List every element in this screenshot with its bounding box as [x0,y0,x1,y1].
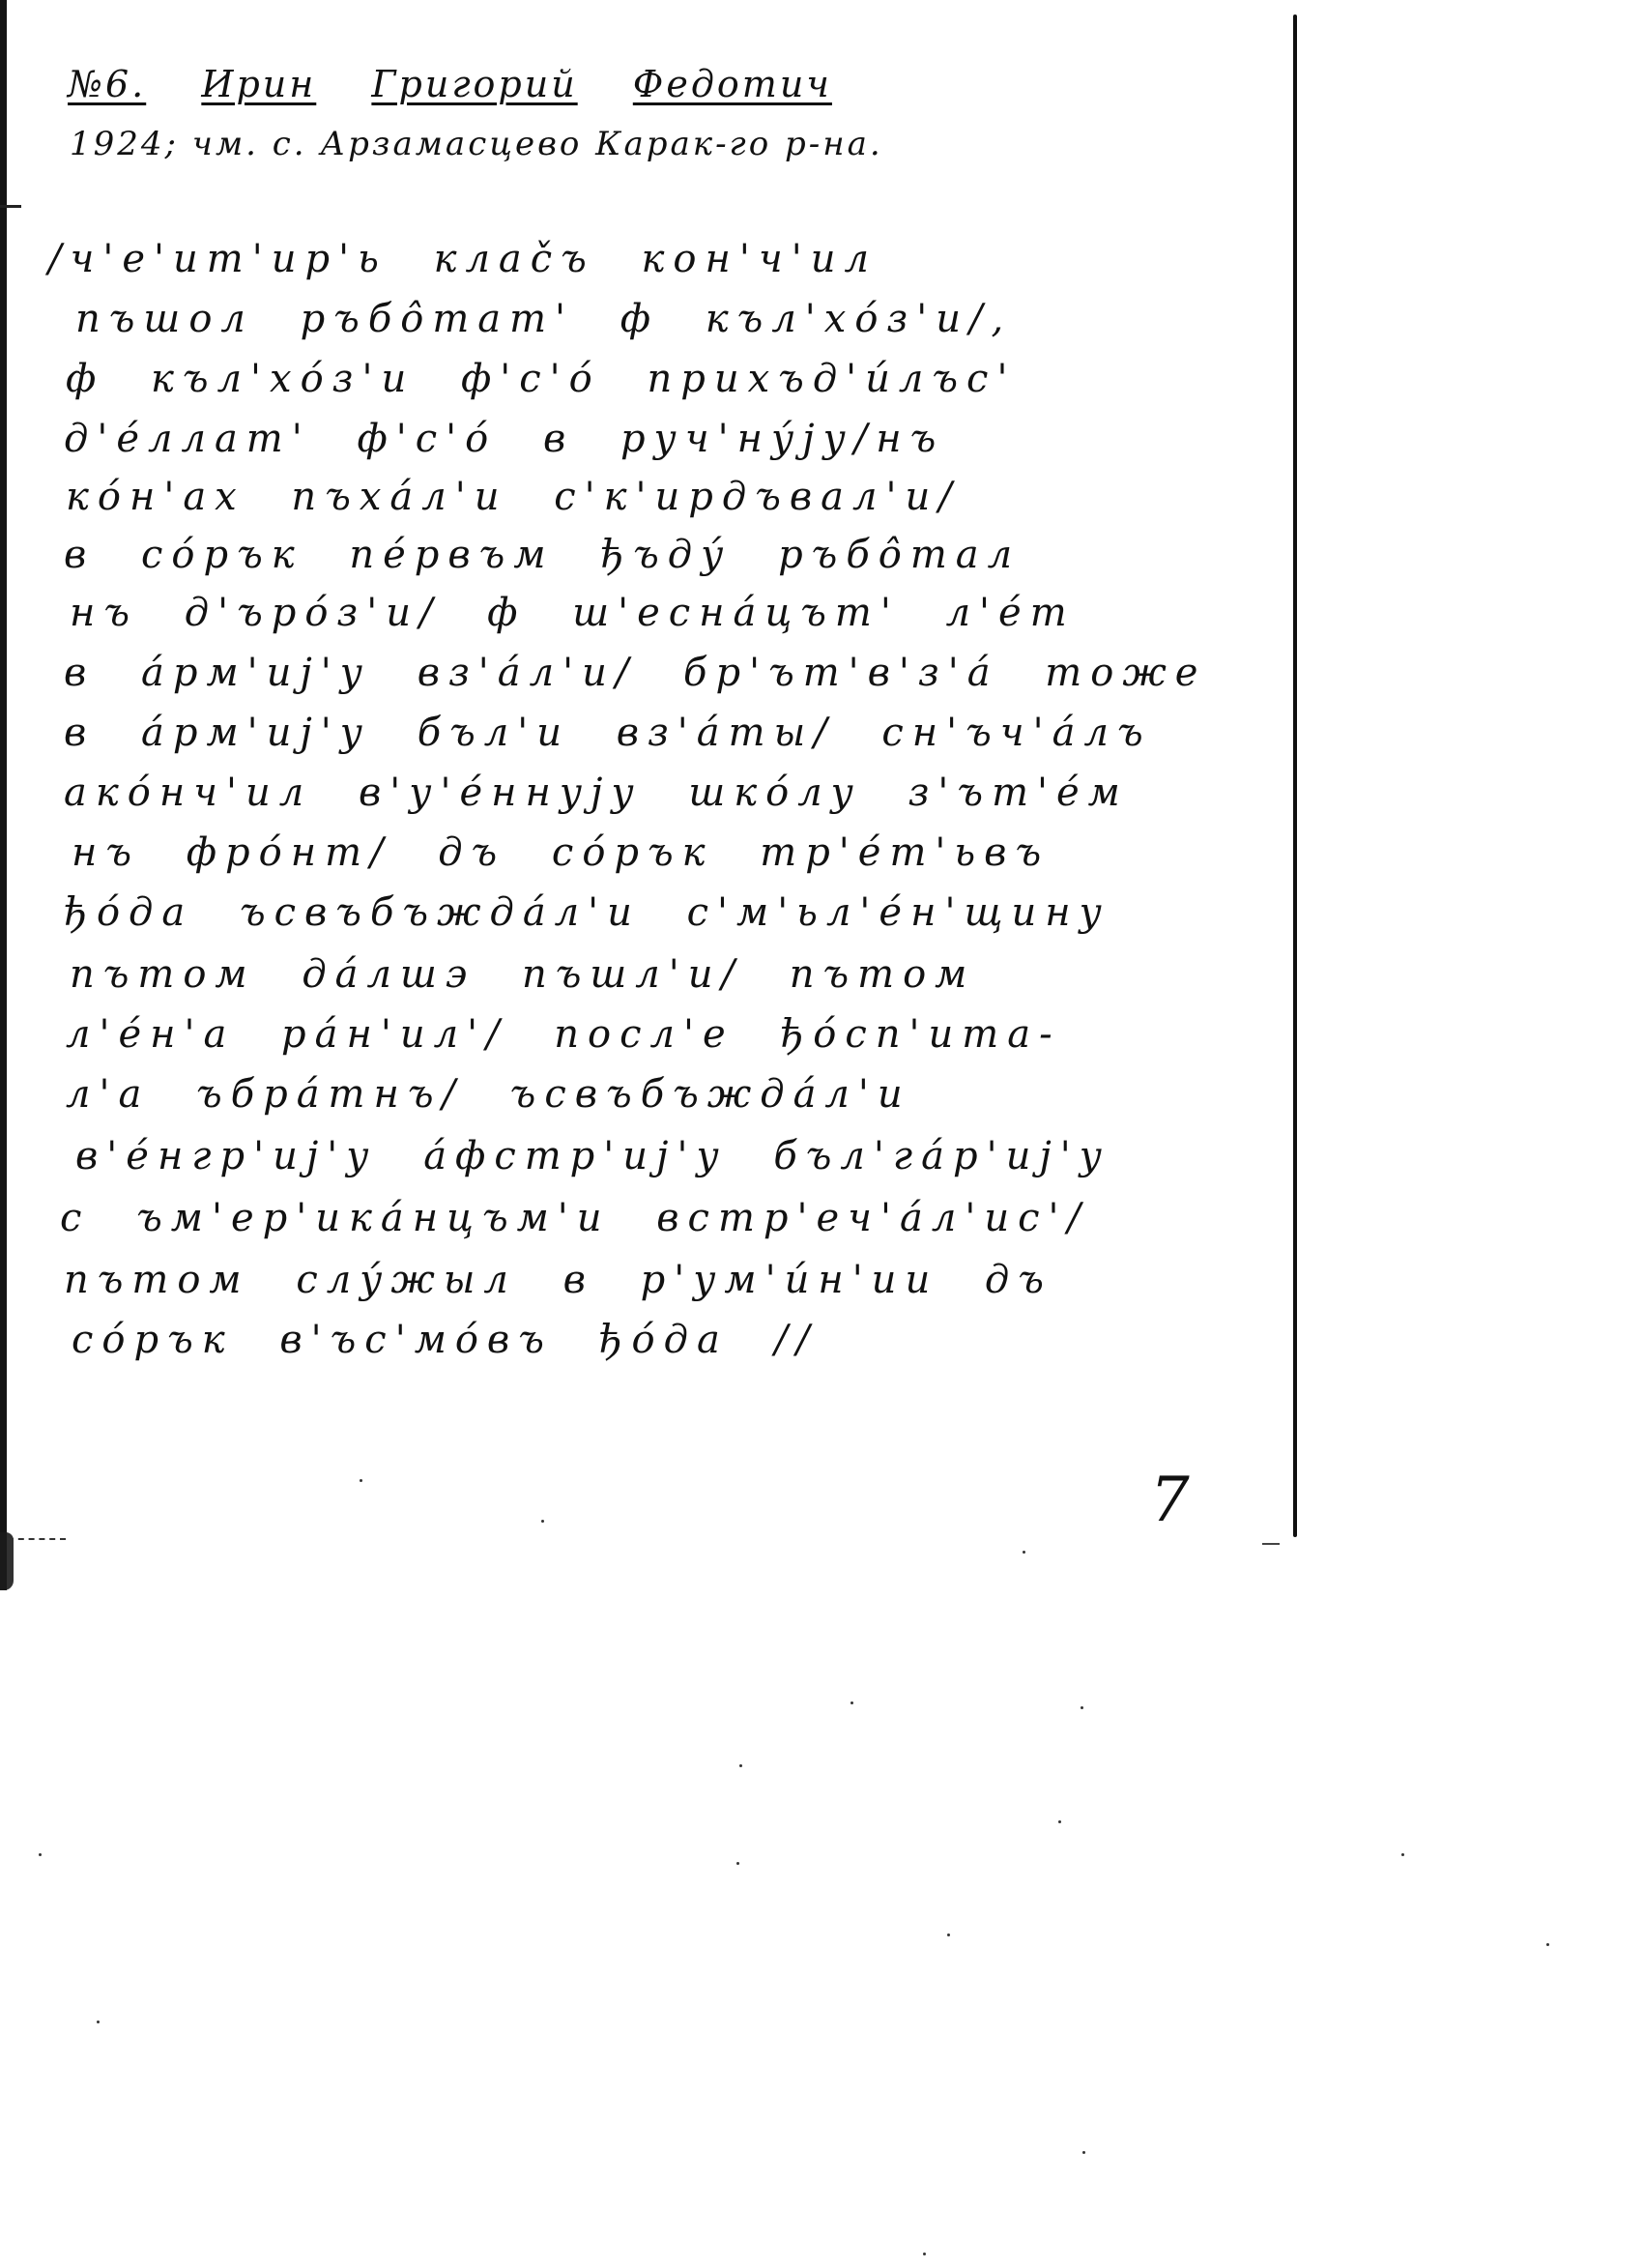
transcript-line: ако́нч'ил в'у'е́ннују шко́лу з'ът'е́м [64,773,1129,812]
transcript-line: с ъм'ер'ика́нцъм'и встр'еч'а́л'ис'/ [60,1199,1089,1237]
transcript-line: в а́рм'иј'у бъл'и вз'а́ты/ сн'ъч'а́лъ [64,713,1152,752]
scan-speck [1058,1820,1061,1823]
scan-speck [947,1934,950,1936]
transcript-line: в со́рък пе́рвъм ђъду́ ръбо̂тал [64,536,1021,574]
transcript-line: в'е́нгр'иј'у а́фстр'иј'у бъл'га́р'иј'у [75,1137,1110,1176]
page-number: 7 [1150,1465,1190,1536]
speaker-first-name: Григорий [371,63,577,105]
record-number: №6. [68,63,146,105]
document-header: №6. Ирин Григорий Федотич [68,66,873,102]
scan-speck [1023,1551,1025,1554]
right-edge-bottom-mark [1262,1543,1280,1545]
transcript-line: л'а ъбра́тнъ/ ъсвъбъжда́л'и [66,1075,911,1114]
transcript-line: со́рък в'ъс'мо́въ ђо́да // [72,1321,818,1359]
left-edge-mark [0,205,21,208]
transcript-line: пътом да́лшэ пъшл'и/ пътом [70,955,975,994]
transcript-line: пътом слу́жыл в р'ум'и́н'ии дъ [64,1261,1052,1299]
transcript-line: нъ д'ъро́з'и/ ф ш'есна́цът' л'е́т [70,594,1076,632]
scan-speck [360,1479,362,1482]
scan-speck [736,1862,739,1865]
speaker-details: 1924; чм. с. Арзамасцево Карак-го р-на. [70,128,883,160]
transcript-line: ко́н'ах пъха́л'и с'к'ирдъвал'и/ [66,478,961,516]
scan-speck [850,1701,853,1704]
speaker-patronymic: Федотич [633,63,832,105]
scan-speck [1081,1706,1083,1709]
scan-speck [923,2253,926,2255]
left-binding-edge [0,0,7,1590]
transcript-line: в а́рм'иј'у вз'а́л'и/ бр'ът'в'з'а́ тоже [64,654,1206,692]
transcript-line: ф къл'хо́з'и ф'с'о́ прихъд'и́лъс' [66,360,1016,398]
scan-speck [39,1853,42,1856]
transcript-line: /ч'е'ит'ир'ь клас̌ъ кон'ч'ил [48,240,878,278]
scan-speck [739,1764,742,1767]
bottom-edge-mark [8,1538,66,1542]
transcript-line: д'е́ллат' ф'с'о́ в руч'ну́ју/нъ [64,420,944,458]
scan-speck [1082,2151,1085,2154]
right-page-edge [1293,15,1297,1537]
scan-speck [541,1520,544,1523]
transcript-line: нъ фро́нт/ дъ со́рък тр'е́т'ьвъ [72,833,1050,872]
scan-speck [97,2021,100,2023]
scan-speck [1546,1943,1549,1946]
transcript-line: ђо́да ъсвъбъжда́л'и с'м'ьл'е́н'щину [64,893,1110,932]
speaker-surname: Ирин [201,63,316,105]
transcript-line: пъшол ръбо̂тат' ф къл'хо́з'и/, [75,300,1012,338]
scanned-page: №6. Ирин Григорий Федотич 1924; чм. с. А… [0,0,1643,2268]
scan-speck [1401,1853,1404,1856]
transcript-line: л'е́н'а ра́н'ил'/ посл'е ђо́сп'ита- [66,1015,1061,1054]
